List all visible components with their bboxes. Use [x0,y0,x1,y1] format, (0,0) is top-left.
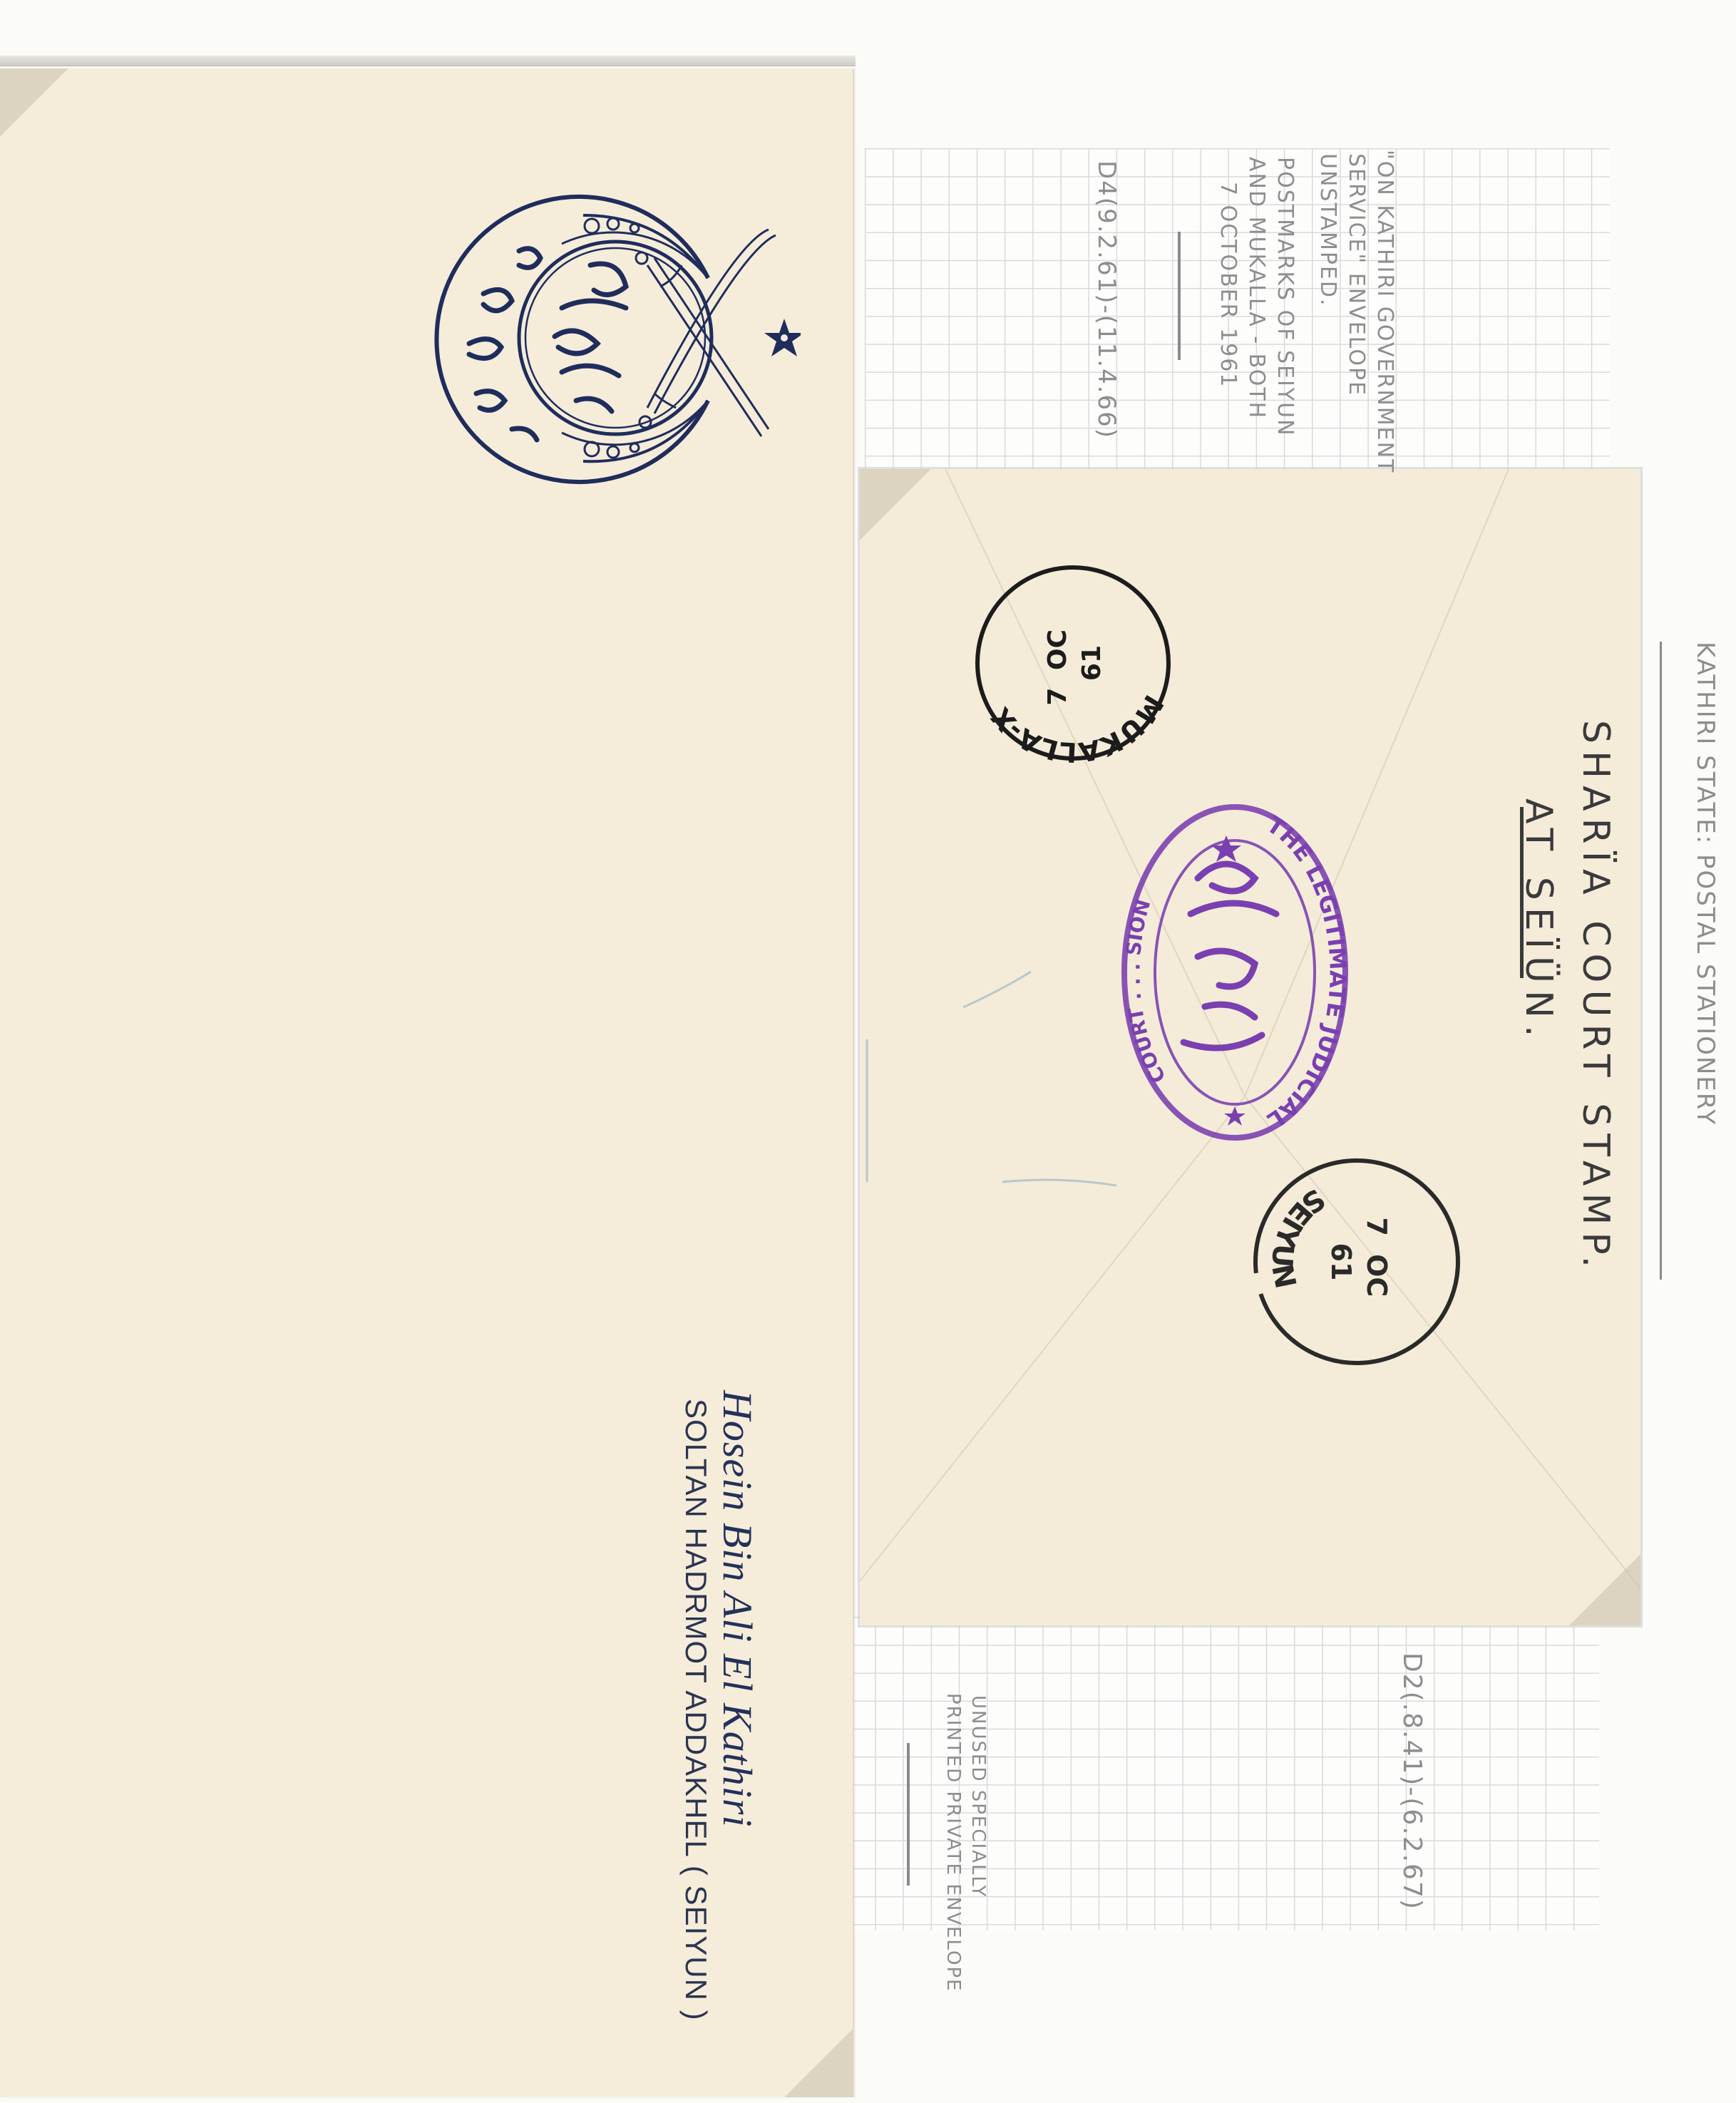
svg-text:COURT . . . SION: COURT . . . SION [1121,897,1171,1087]
svg-text:7 OC 61: 7 OC 61 [1325,1217,1392,1306]
photo-corner-mount [784,2029,853,2097]
catalogue-ref-top: D4(9.2.61)-(11.4.66) [1092,160,1121,439]
svg-text:7 OC 61: 7 OC 61 [1043,620,1106,705]
court-cachet: THE LEGITIMATE JUDICIAL COURT . . . SION [1112,793,1358,1153]
note-top-line4: POSTMARKS OF SEIYUN [1270,157,1299,437]
header-underline [1660,642,1662,1280]
note-top-line3: UNSTAMPED. [1313,153,1342,307]
note-divider [1178,232,1181,360]
photo-corner-mount [0,68,68,137]
photo-corner-mount [1569,1554,1640,1625]
sender-title: SOLTAN HADRMOT ADDAKHEL ( SEIYUN ) [679,1399,713,2021]
postmark-seiyun: SEIYUN 7 OC 61 [1246,1151,1467,1372]
arabic-seal-calligraphy [1183,864,1276,1048]
star-icon [1224,1106,1245,1126]
sender-name: Hosein Bin Ali El Kathiri [714,1390,761,1828]
note-bottom-line1: UNUSED SPECIALLY [964,1695,992,1898]
svg-text:MUKALLA-X: MUKALLA-X [985,689,1170,766]
note-top-line5: AND MUKALLA - BOTH [1242,157,1270,419]
sharia-court-note-line1: SHARÏA COURT STAMP. [1574,720,1617,1275]
postmark-mukalla: MUKALLA-X 7 OC 61 [970,560,1176,766]
crest-emblem [433,187,801,486]
note-top-line2: SERVICE" ENVELOPE [1342,153,1370,396]
sharia-court-note-line2: AT SEÏÜN. [1517,798,1560,1044]
underline [1520,807,1524,978]
svg-text:SEIYUN: SEIYUN [1265,1182,1331,1292]
mount-strip-top [0,56,856,66]
note-bottom-line2: PRINTED PRIVATE ENVELOPE [939,1693,967,1993]
catalogue-ref-bottom: D2(.8.41)-(6.2.67) [1397,1652,1426,1911]
note-divider [907,1743,910,1886]
photo-corner-mount [860,469,931,540]
note-top-line6: 7 OCTOBER 1961 [1213,182,1242,388]
section-header: KATHIRI STATE: POSTAL STATIONERY [1691,642,1720,1126]
note-top-line1: "ON KATHIRI GOVERNMENT [1370,150,1399,473]
